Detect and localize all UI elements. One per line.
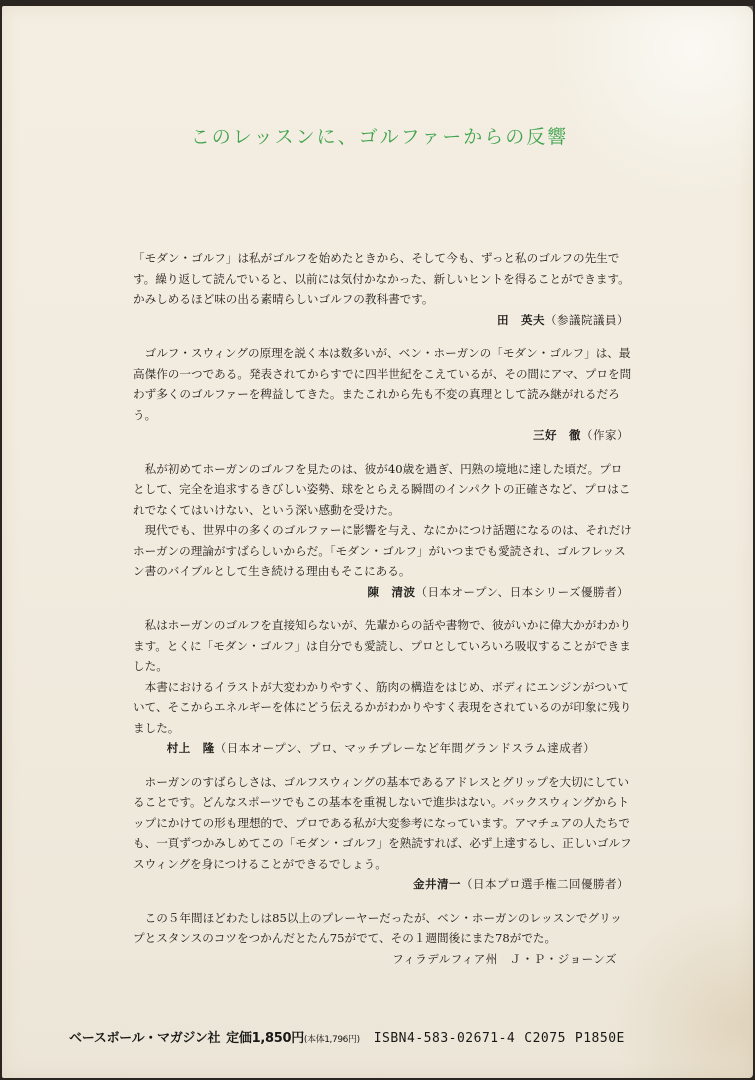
testimonial-signature: 三好 徹（作家） (133, 425, 633, 446)
testimonial-signature: 陳 清波（日本オープン、日本シリーズ優勝者） (133, 582, 633, 603)
testimonial-paragraph: 現代でも、世界中の多くのゴルファーに影響を与え、なにかにつけ話題になるのは、それ… (133, 520, 633, 582)
testimonial-paragraph: ゴルフ・スウィングの原理を説く本は数多いが、ベン・ホーガンの「モダン・ゴルフ」は… (133, 343, 633, 425)
author-name: 村上 隆 (167, 741, 215, 755)
testimonial-paragraph: 私はホーガンのゴルフを直接知らないが、先輩からの話や書物で、彼がいかに偉大かがわ… (133, 615, 633, 677)
testimonial-signature: フィラデルフィア州 Ｊ・Ｐ・ジョーンズ (133, 949, 633, 970)
author-name: 田 英夫 (497, 313, 545, 327)
base-price: (本体1,796円) (304, 1035, 360, 1045)
testimonial-paragraph: ホーガンのすばらしさは、ゴルフスウィングの基本であるアドレスとグリップを大切にし… (133, 772, 633, 875)
book-codes: ISBN4-583-02671-4C2075P1850E (374, 1031, 634, 1046)
publisher-name: ベースボール・マガジン社 (69, 1031, 220, 1046)
testimonial-paragraph: 本書におけるイラストが大変わかりやすく、筋肉の構造をはじめ、ボディにエンジンがつ… (133, 677, 633, 739)
testimonial: この５年間ほどわたしは85以上のプレーヤーだったが、ベン・ホーガンのレッスンでグ… (133, 908, 633, 970)
testimonial-paragraph: この５年間ほどわたしは85以上のプレーヤーだったが、ベン・ホーガンのレッスンでグ… (133, 908, 633, 949)
author-role: （日本オープン、プロ、マッチプレーなど年間グランドスラム達成者） (215, 741, 595, 755)
author-name: 金井清一 (413, 877, 461, 891)
testimonial-signature: 村上 隆（日本オープン、プロ、マッチプレーなど年間グランドスラム達成者） (133, 738, 633, 759)
testimonial-paragraph: 私が初めてホーガンのゴルフを見たのは、彼が40歳を過ぎ、円熟の境地に達した頃だ。… (133, 459, 633, 521)
testimonial-signature: 金井清一（日本プロ選手権二回優勝者） (133, 874, 633, 895)
author-name: 三好 徹 (533, 428, 581, 442)
author-role: （作家） (581, 428, 629, 442)
author-role: （日本プロ選手権二回優勝者） (461, 877, 629, 891)
price: 定価1,850円 (226, 1031, 304, 1046)
testimonial: ゴルフ・スウィングの原理を説く本は数多いが、ベン・ホーガンの「モダン・ゴルフ」は… (133, 343, 633, 446)
author-role: （日本オープン、日本シリーズ優勝者） (416, 585, 629, 599)
testimonial-paragraph: 「モダン・ゴルフ」は私がゴルフを始めたときから、そして今も、ずっと私のゴルフの先… (133, 248, 633, 310)
headline: このレッスンに、ゴルファーからの反響 (2, 122, 755, 149)
price-code: P1850E (575, 1031, 625, 1046)
testimonials: 「モダン・ゴルフ」は私がゴルフを始めたときから、そして今も、ずっと私のゴルフの先… (133, 248, 633, 982)
testimonial-signature: 田 英夫（参議院議員） (133, 310, 633, 331)
classification-code: C2075 (524, 1031, 566, 1046)
author-name: 陳 清波 (368, 585, 416, 599)
author-role: （参議院議員） (545, 313, 629, 327)
isbn: ISBN4-583-02671-4 (374, 1031, 516, 1046)
testimonial: 私はホーガンのゴルフを直接知らないが、先輩からの話や書物で、彼がいかに偉大かがわ… (133, 615, 633, 759)
author-name: フィラデルフィア州 Ｊ・Ｐ・ジョーンズ (392, 952, 617, 966)
book-back-cover: このレッスンに、ゴルファーからの反響 「モダン・ゴルフ」は私がゴルフを始めたとき… (2, 6, 753, 1078)
testimonial: 私が初めてホーガンのゴルフを見たのは、彼が40歳を過ぎ、円熟の境地に達した頃だ。… (133, 459, 633, 603)
testimonial: 「モダン・ゴルフ」は私がゴルフを始めたときから、そして今も、ずっと私のゴルフの先… (133, 248, 633, 330)
testimonial: ホーガンのすばらしさは、ゴルフスウィングの基本であるアドレスとグリップを大切にし… (133, 772, 633, 895)
publication-info: ベースボール・マガジン社定価1,850円(本体1,796円)ISBN4-583-… (69, 1027, 634, 1046)
